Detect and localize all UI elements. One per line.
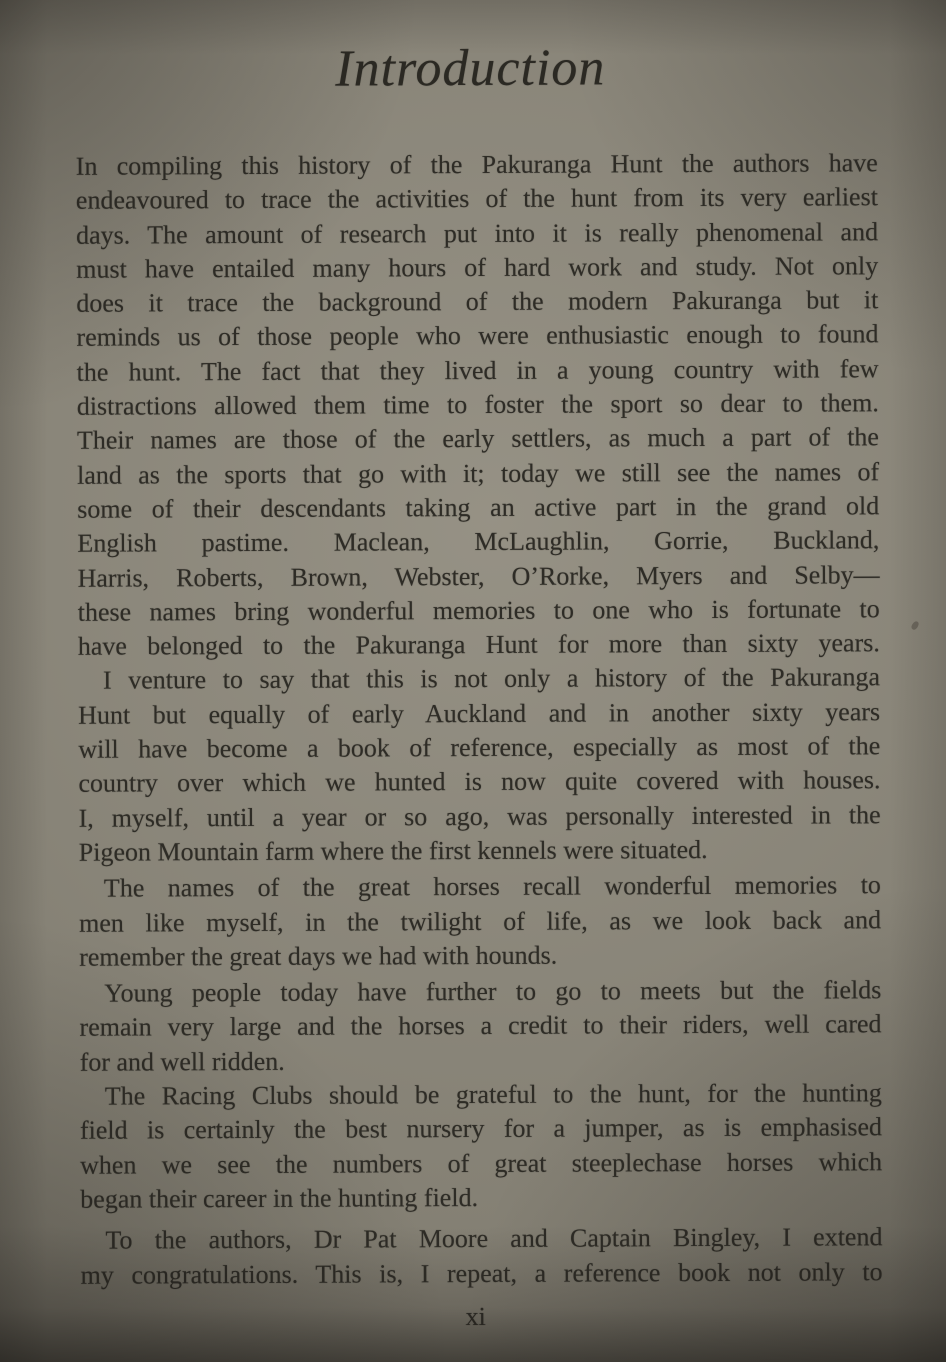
text-line: does it trace the background of the mode… bbox=[76, 283, 878, 321]
text-line: English pastime. Maclean, McLaughlin, Go… bbox=[77, 523, 879, 561]
text-line: for and well ridden. bbox=[80, 1042, 882, 1080]
page-number: xi bbox=[3, 1300, 946, 1334]
text-line: have belonged to the Pakuranga Hunt for … bbox=[78, 626, 880, 664]
text-line: when we see the numbers of great steeple… bbox=[80, 1145, 882, 1183]
text-line: days. The amount of research put into it… bbox=[76, 215, 878, 253]
text-line: Harris, Roberts, Brown, Webster, O’Rorke… bbox=[77, 558, 879, 596]
text-line: land as the sports that go with it; toda… bbox=[77, 455, 879, 493]
text-line: men like myself, in the twilight of life… bbox=[79, 903, 881, 941]
text-line: Their names are those of the early settl… bbox=[77, 421, 879, 459]
text-line: The Racing Clubs should be grateful to t… bbox=[80, 1076, 882, 1114]
paragraph: Young people today have further to go to… bbox=[79, 973, 881, 1079]
text-line: Pigeon Mountain farm where the first ken… bbox=[79, 832, 881, 870]
text-line: I, myself, until a year or so ago, was p… bbox=[79, 798, 881, 836]
text-line: some of their descendants taking an acti… bbox=[77, 489, 879, 527]
paragraph: The Racing Clubs should be grateful to t… bbox=[80, 1076, 883, 1217]
text-line: I venture to say that this is not only a… bbox=[78, 661, 880, 699]
text-line: endeavoured to trace the activities of t… bbox=[76, 181, 878, 219]
text-line: To the authors, Dr Pat Moore and Captain… bbox=[80, 1220, 882, 1258]
text-line: must have entailed many hours of hard wo… bbox=[76, 249, 878, 287]
text-line: will have become a book of reference, es… bbox=[78, 729, 880, 767]
text-line: country over which we hunted is now quit… bbox=[78, 764, 880, 802]
text-line: reminds us of those people who were enth… bbox=[76, 318, 878, 356]
text-line: In compiling this history of the Pakuran… bbox=[76, 146, 878, 184]
paragraph: In compiling this history of the Pakuran… bbox=[76, 146, 880, 664]
text-line: distractions allowed them time to foster… bbox=[77, 386, 879, 424]
body-text: In compiling this history of the Pakuran… bbox=[76, 146, 883, 1292]
text-line: Young people today have further to go to… bbox=[79, 973, 881, 1011]
text-line: these names bring wonderful memories to … bbox=[78, 592, 880, 630]
text-line: began their career in the hunting field. bbox=[80, 1179, 882, 1217]
paragraph: To the authors, Dr Pat Moore and Captain… bbox=[80, 1220, 882, 1292]
text-line: The names of the great horses recall won… bbox=[79, 868, 881, 906]
book-page-photo: Introduction In compiling this history o… bbox=[0, 0, 946, 1362]
text-line: remain very large and the horses a credi… bbox=[79, 1008, 881, 1046]
text-line: my congratulations. This is, I repeat, a… bbox=[81, 1255, 883, 1293]
paragraph: The names of the great horses recall won… bbox=[79, 868, 881, 974]
page-title: Introduction bbox=[0, 32, 943, 106]
paragraph: I venture to say that this is not only a… bbox=[78, 661, 881, 870]
text-line: the hunt. The fact that they lived in a … bbox=[77, 352, 879, 390]
text-line: remember the great days we had with houn… bbox=[79, 937, 881, 975]
page-content: Introduction In compiling this history o… bbox=[0, 0, 946, 1362]
text-line: Hunt but equally of early Auckland and i… bbox=[78, 695, 880, 733]
text-line: field is certainly the best nursery for … bbox=[80, 1111, 882, 1149]
